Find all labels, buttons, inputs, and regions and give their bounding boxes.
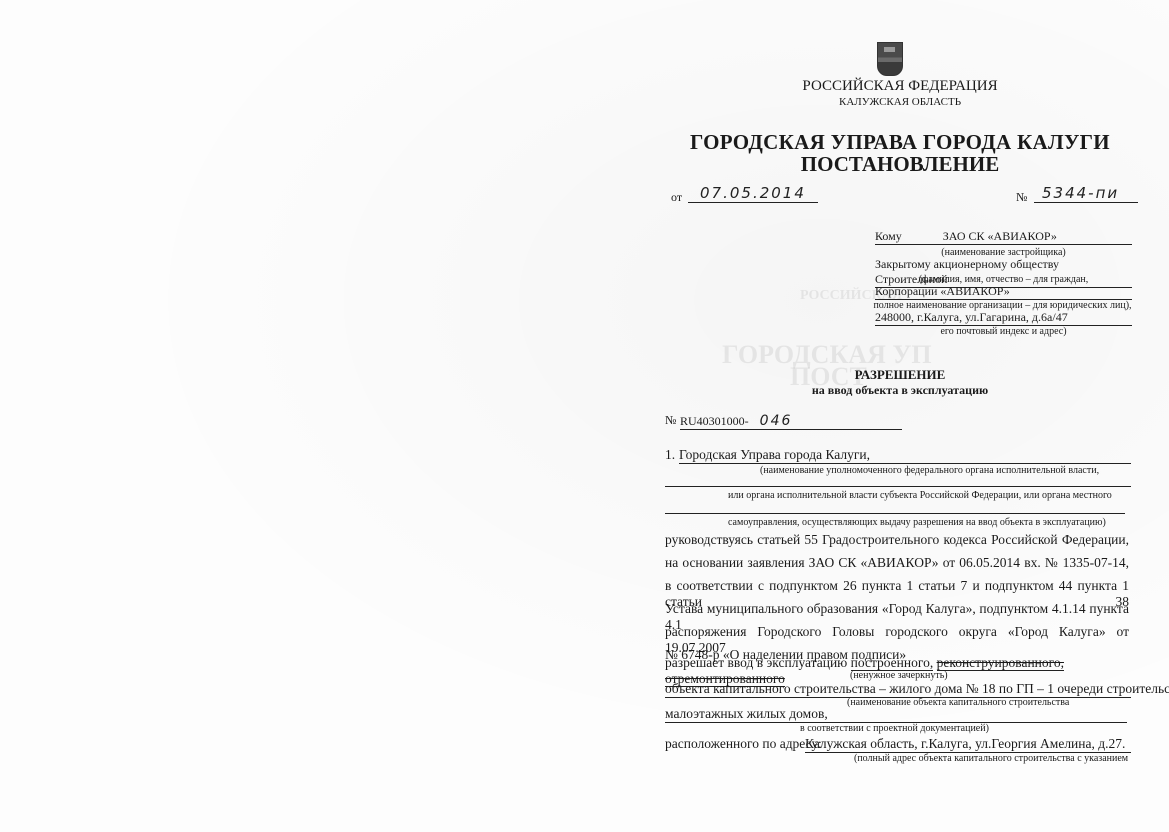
- permit-title: РАЗРЕШЕНИЕ: [700, 367, 1100, 383]
- authority-hint-2: или органа исполнительной власти субъект…: [728, 490, 1112, 501]
- body-line: руководствуясь статьей 55 Градостроитель…: [665, 532, 1129, 548]
- authority-hint-3: самоуправления, осуществляющих выдачу ра…: [728, 517, 1106, 528]
- permits-prefix: разрешает ввод в эксплуатацию: [665, 655, 847, 670]
- permit-number: RU40301000- 046: [680, 413, 902, 430]
- location-value: Калужская область, г.Калуга, ул.Георгия …: [805, 736, 1131, 753]
- date-prefix: от: [671, 190, 682, 205]
- object-line-1: объекта капитального строительства – жил…: [665, 681, 1131, 698]
- document-type-title: ПОСТАНОВЛЕНИЕ: [680, 152, 1120, 177]
- location-hint: (полный адрес объекта капитального строи…: [854, 753, 1128, 764]
- address-hint: его почтовый индекс и адрес): [875, 326, 1132, 337]
- permit-number-handwritten: 046: [760, 413, 793, 429]
- decree-date: 07.05.2014: [688, 184, 818, 203]
- region-name: КАЛУЖСКАЯ ОБЛАСТЬ: [780, 96, 1020, 108]
- scanned-document-page: РОССИЙСКАЯ ГОРОДСКАЯ УП ПОСТ РОССИЙСКАЯ …: [0, 0, 1169, 832]
- addressee-line: Кому ЗАО СК «АВИАКОР»: [875, 229, 1132, 245]
- permits-kept: построенного,: [851, 655, 934, 671]
- developer-address: 248000, г.Калуга, ул.Гагарина, д.6а/47: [875, 310, 1132, 326]
- issuing-authority: Городская Управа города Калуги,: [679, 447, 1131, 464]
- blank-line: [665, 513, 1125, 514]
- permit-subtitle: на ввод объекта в эксплуатацию: [700, 383, 1100, 398]
- location-prefix: расположенного по адресу:: [665, 736, 822, 752]
- permits-hint: (ненужное зачеркнуть): [850, 670, 948, 681]
- developer-full-name-2: Корпорации «АВИАКОР»: [875, 284, 1132, 300]
- object-hint-2: в соответствии с проектной документацией…: [800, 723, 989, 734]
- authority-hint-1: (наименование уполномоченного федерально…: [760, 465, 1099, 476]
- permit-number-prefix: №: [665, 413, 676, 428]
- section-index: 1.: [665, 447, 675, 463]
- developer-name: ЗАО СК «АВИАКОР»: [943, 229, 1057, 243]
- kaluga-coat-of-arms-icon: [877, 42, 903, 76]
- decree-number: 5344-пи: [1034, 184, 1138, 203]
- country-name: РОССИЙСКАЯ ФЕДЕРАЦИЯ: [780, 78, 1020, 95]
- permit-number-base: RU40301000-: [680, 414, 749, 428]
- to-label: Кому: [875, 229, 902, 243]
- number-prefix: №: [1016, 190, 1027, 205]
- body-line: на основании заявления ЗАО СК «АВИАКОР» …: [665, 555, 1129, 571]
- object-line-2: малоэтажных жилых домов,: [665, 706, 1127, 723]
- blank-line: [665, 486, 1131, 487]
